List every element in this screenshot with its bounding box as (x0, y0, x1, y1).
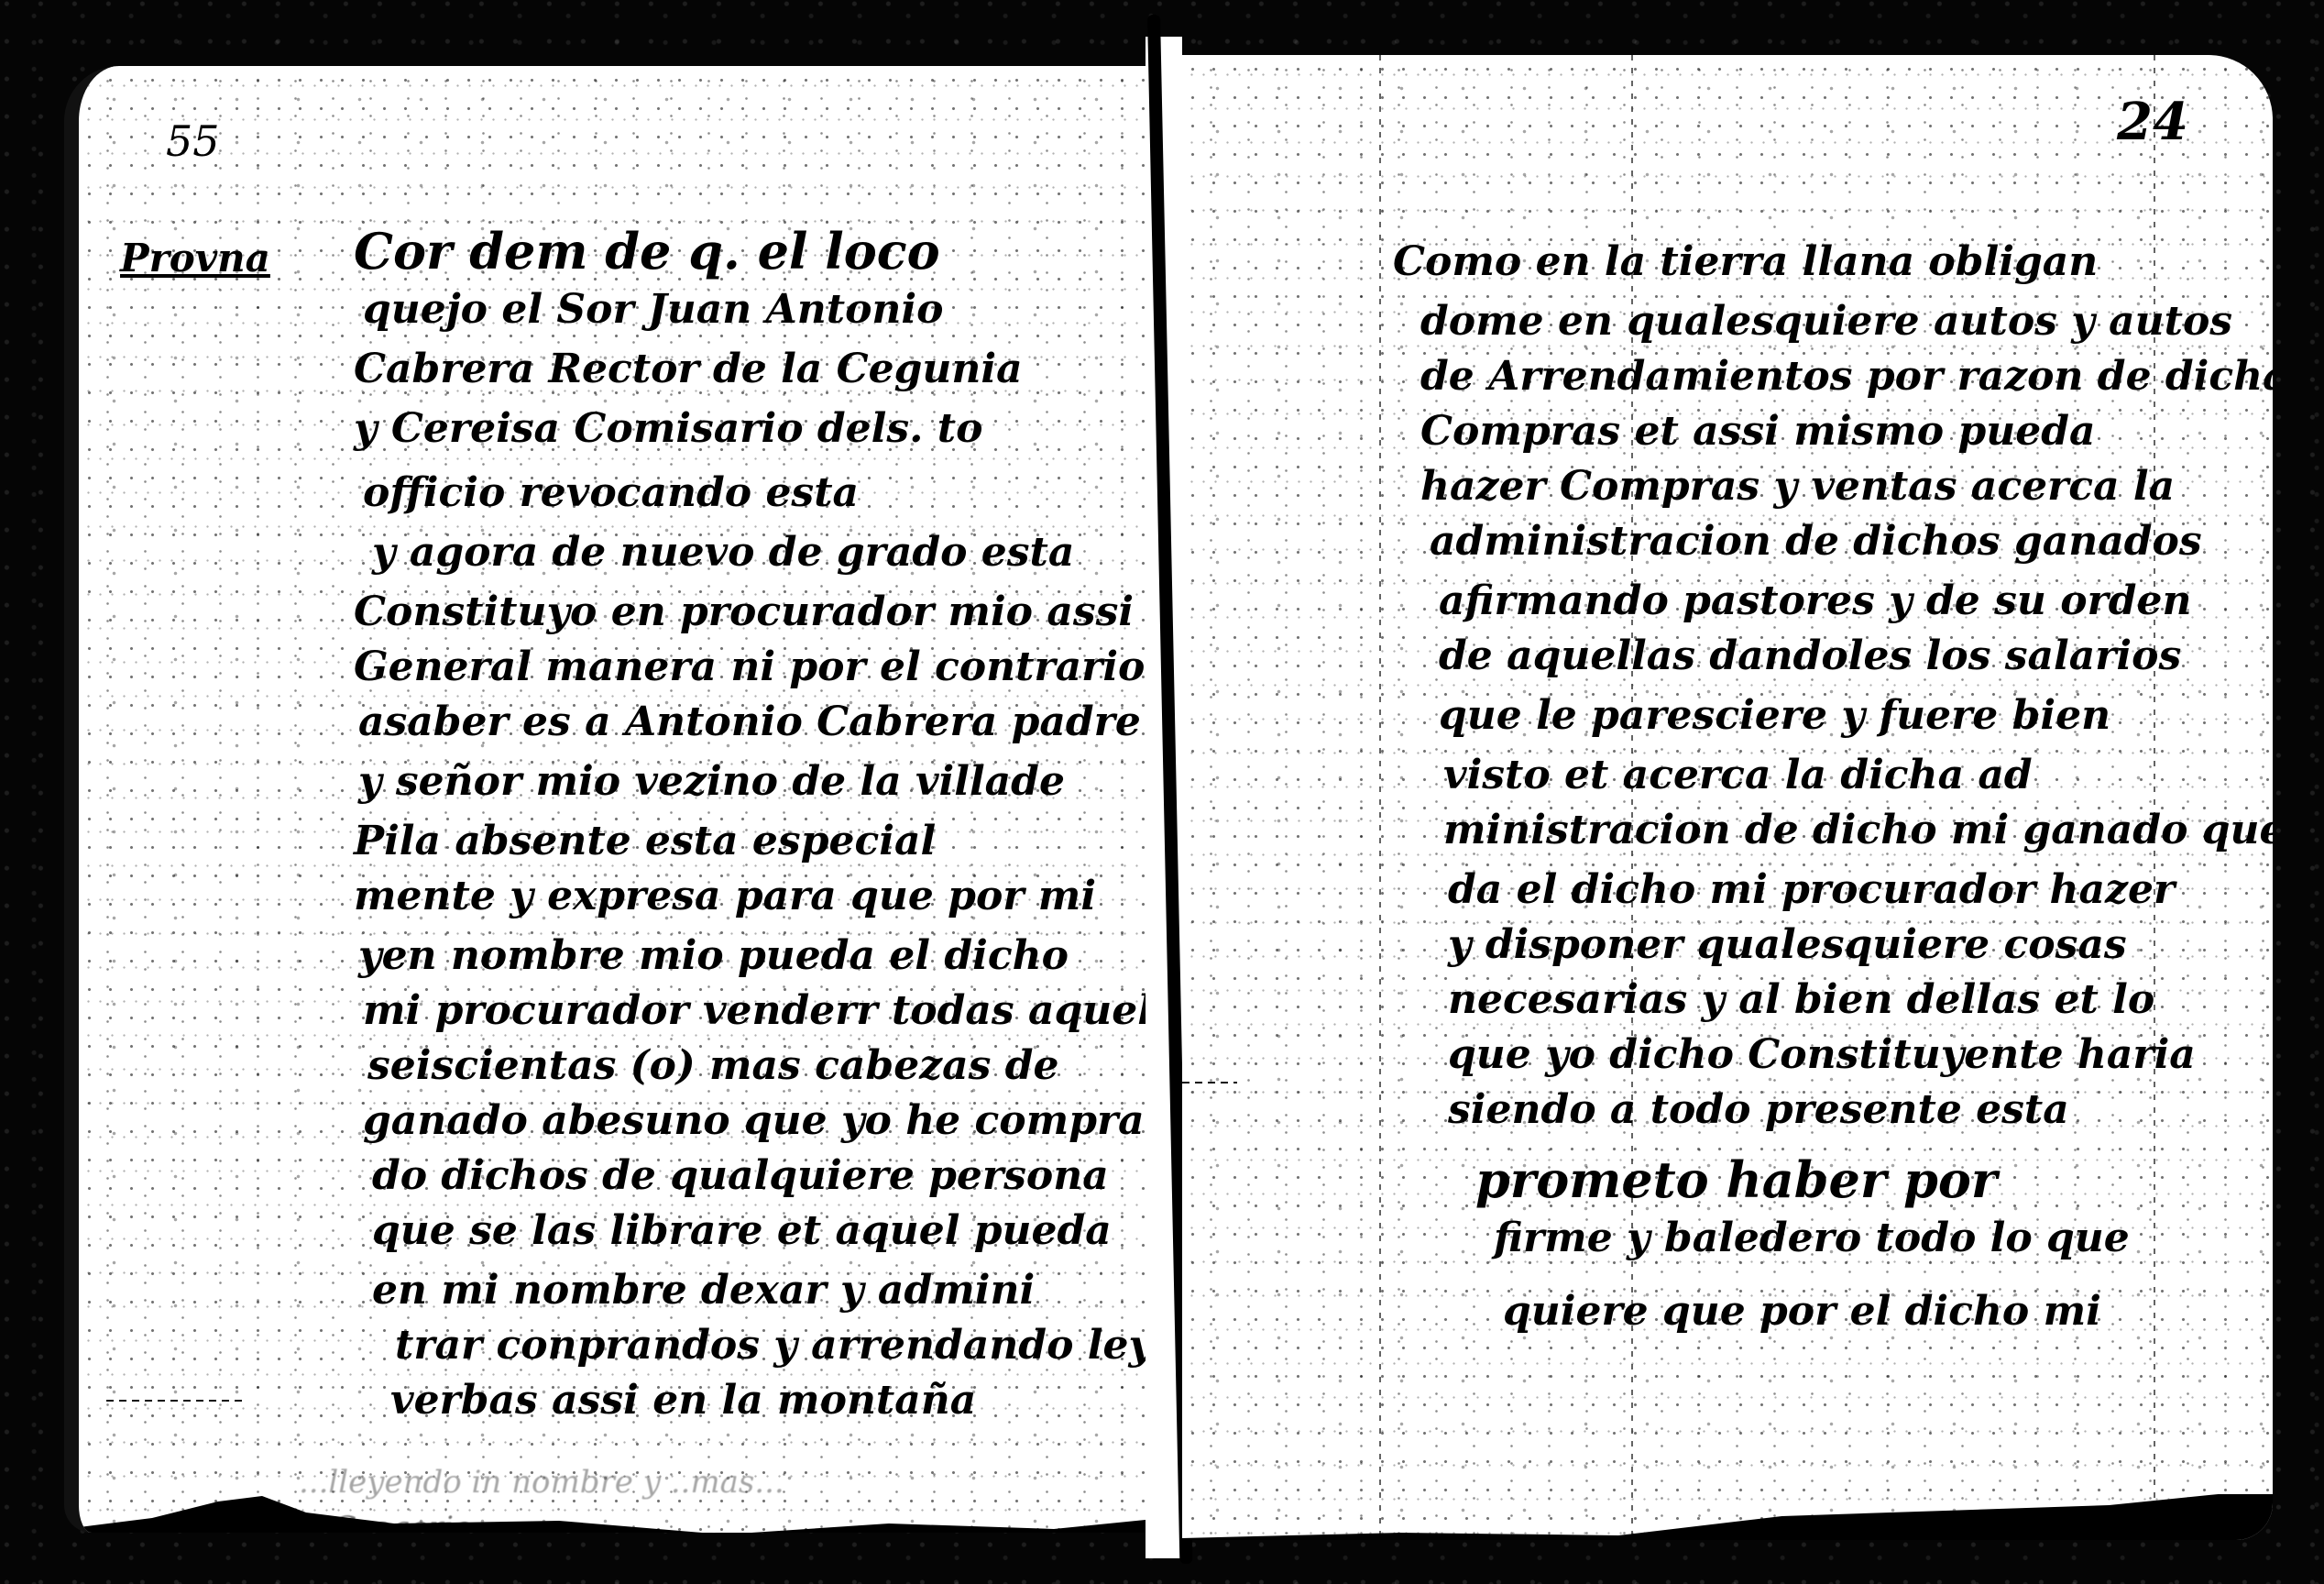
rule-line (1182, 1082, 1237, 1083)
text-line: quejo el Sor Juan Antonio (363, 286, 943, 333)
text-line: y disponer qualesquiere cosas (1448, 921, 2127, 968)
text-line: necesarias y al bien dellas et lo (1448, 976, 2154, 1023)
text-line: do dichos de qualquiere persona (372, 1152, 1109, 1199)
ruled-guide (1379, 55, 1381, 1540)
manuscript-scan: 55 Provna Cor dem de q. el loco quejo el… (0, 0, 2324, 1584)
text-line: de Arrendamientos por razon de dichas (1420, 353, 2273, 400)
folio-number: 24 (2117, 92, 2188, 152)
text-line: da el dicho mi procurador hazer (1448, 866, 2175, 913)
left-page: 55 Provna Cor dem de q. el loco quejo el… (64, 66, 1160, 1533)
text-line: ministracion de dicho mi ganado que (1443, 807, 2273, 853)
torn-edge (64, 1496, 1160, 1533)
text-line: que se las librare et aquel pueda (372, 1207, 1112, 1254)
text-line: Constituyo en procurador mio assi (354, 588, 1134, 635)
text-line: quiere que por el dicho mi (1503, 1288, 2101, 1335)
text-line: en mi nombre dexar y admini (372, 1267, 1035, 1314)
rule-line (106, 1400, 244, 1402)
text-line: hazer Compras y ventas acerca la (1420, 463, 2175, 510)
margin-heading: Provna (120, 236, 270, 280)
text-line: y señor mio vezino de la villade (358, 758, 1065, 805)
text-line: y Cereisa Comisario dels. to (354, 405, 982, 452)
text-line: siendo a todo presente esta (1448, 1086, 2069, 1133)
text-line: visto et acerca la dicha ad (1443, 752, 2033, 798)
text-line: dome en qualesquiere autos y autos (1420, 298, 2232, 345)
text-line: officio revocando esta (363, 469, 859, 516)
text-line: y agora de nuevo de grado esta (372, 529, 1074, 576)
ruled-guide (2154, 55, 2155, 1540)
text-line: General manera ni por el contrario (354, 643, 1145, 690)
text-line: que yo dicho Constituyente haria (1448, 1031, 2196, 1078)
text-line: firme y baledero todo lo que (1494, 1215, 2130, 1261)
text-line: Como en la tierra llana obligan (1393, 238, 2098, 285)
text-line: ganado abesuno que yo he compra (363, 1097, 1145, 1144)
text-line: de aquellas dandoles los salarios (1439, 632, 2181, 679)
text-line: Compras et assi mismo pueda (1420, 408, 2095, 455)
right-page: 24 Como en la tierra llana obligan dome … (1182, 55, 2273, 1540)
text-line: verbas assi en la montaña (390, 1377, 976, 1424)
text-line: asaber es a Antonio Cabrera padre (358, 698, 1141, 745)
torn-edge (1182, 1494, 2273, 1540)
text-line: trar conprandos y arrendando ley (395, 1322, 1152, 1369)
bleedthrough-text: ...lleyendo in nombre y ..mas... (299, 1464, 784, 1501)
text-line: Pila absente esta especial (354, 818, 936, 864)
text-line: que le paresciere y fuere bien (1439, 692, 2110, 739)
text-line: yen nombre mio pueda el dicho (358, 932, 1069, 979)
text-line: Cabrera Rector de la Cegunia (354, 346, 1023, 392)
text-line: mente y expresa para que por mi (354, 873, 1096, 919)
text-line: administracion de dichos ganados (1430, 518, 2202, 565)
text-line: afirmando pastores y de su orden (1439, 577, 2191, 624)
text-line: Cor dem de q. el loco (354, 222, 940, 280)
text-line: seiscientas (o) mas cabezas de (367, 1042, 1059, 1089)
folio-mark: 55 (166, 116, 220, 166)
text-line: mi procurador venderr todas aquellas (363, 987, 1160, 1034)
text-line: prometo haber por (1475, 1150, 1997, 1209)
